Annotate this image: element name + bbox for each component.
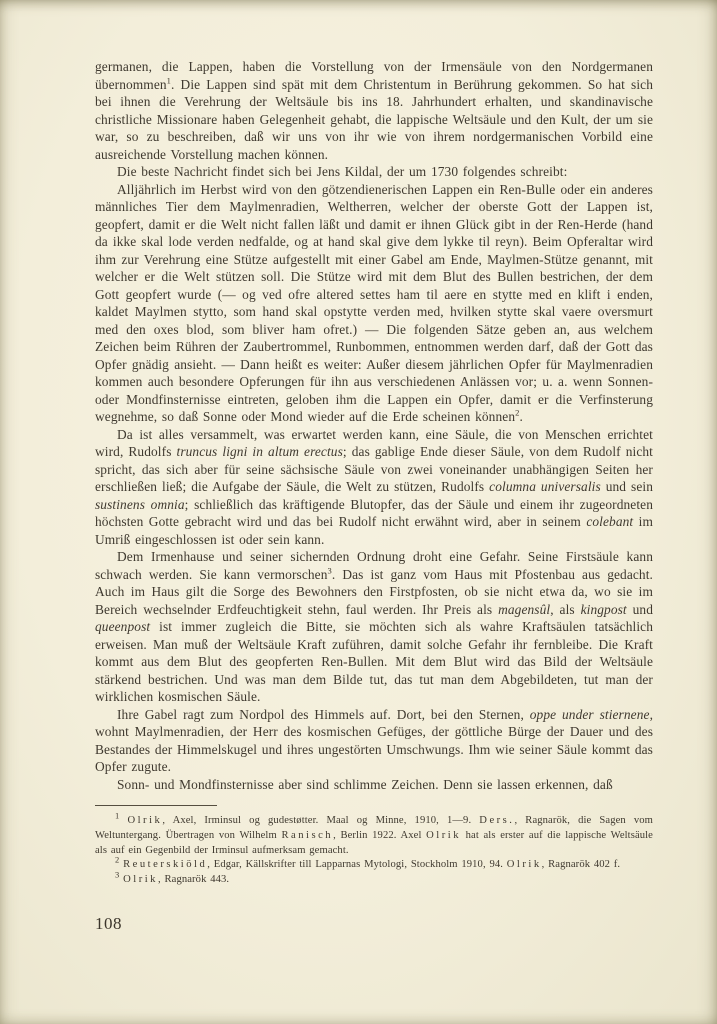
italic-text: colebant	[586, 514, 633, 529]
text-column: germanen, die Lappen, haben die Vorstell…	[95, 58, 653, 934]
footnote: 1 Olrik, Axel, Irminsul og gudestøtter. …	[95, 814, 653, 858]
paragraph: Ihre Gabel ragt zum Nordpol des Himmels …	[95, 706, 653, 776]
text-run: , als	[550, 602, 580, 617]
italic-text: magensûl	[498, 602, 550, 617]
spaced-name: Olrik	[426, 830, 461, 841]
spaced-name: Ders.	[479, 815, 514, 826]
text-run: , Ragnarök 443.	[158, 874, 229, 885]
italic-text: kingpost	[581, 602, 627, 617]
italic-text: sustinens omnia	[95, 497, 185, 512]
spaced-name: Ranisch	[281, 830, 333, 841]
italic-text: columna universalis	[489, 479, 601, 494]
paragraph: Dem Irmenhause und seiner sichernden Ord…	[95, 548, 653, 706]
italic-text: oppe under stiernene	[530, 707, 650, 722]
spaced-name: Reuterskiöld	[123, 859, 207, 870]
paragraph: Da ist alles versammelt, was erwartet we…	[95, 426, 653, 549]
paragraph: Alljährlich im Herbst wird von den götze…	[95, 181, 653, 426]
spaced-name: Olrik	[507, 859, 542, 870]
footnote: 2 Reuterskiöld, Edgar, Källskrifter till…	[95, 858, 653, 873]
spaced-name: Olrik	[127, 815, 162, 826]
page-number: 108	[95, 914, 653, 934]
paragraph: Die beste Nachricht findet sich bei Jens…	[95, 163, 653, 181]
text-run: Ihre Gabel ragt zum Nordpol des Himmels …	[117, 707, 530, 722]
italic-text: truncus ligni in altum erectus	[177, 444, 343, 459]
text-run: und	[627, 602, 653, 617]
spaced-name: Olrik	[123, 874, 158, 885]
text-run: Die beste Nachricht findet sich bei Jens…	[117, 164, 567, 179]
footnotes: 1 Olrik, Axel, Irminsul og gudestøtter. …	[95, 814, 653, 888]
footnote-separator	[95, 805, 217, 806]
paragraph: germanen, die Lappen, haben die Vorstell…	[95, 58, 653, 163]
footnote: 3 Olrik, Ragnarök 443.	[95, 873, 653, 888]
text-run: , Edgar, Källskrifter till Lapparnas Myt…	[207, 859, 507, 870]
italic-text: queenpost	[95, 619, 150, 634]
text-run: Alljährlich im Herbst wird von den götze…	[95, 182, 653, 425]
text-run: , Axel, Irminsul og gudestøtter. Maal og…	[162, 815, 479, 826]
text-run: , Ragnarök 402 f.	[542, 859, 621, 870]
text-run: . Die Lappen sind spät mit dem Christent…	[95, 77, 653, 162]
paragraph: Sonn- und Mondfinsternisse aber sind sch…	[95, 776, 653, 794]
text-run: Sonn- und Mondfinsternisse aber sind sch…	[117, 777, 613, 792]
text-run: und sein	[601, 479, 653, 494]
text-run: , Berlin 1922. Axel	[333, 830, 426, 841]
text-run: .	[519, 409, 522, 424]
scanned-page: germanen, die Lappen, haben die Vorstell…	[0, 0, 717, 1024]
text-run: ist immer zugleich die Bitte, sie möchte…	[95, 619, 653, 704]
body-text: germanen, die Lappen, haben die Vorstell…	[95, 58, 653, 793]
